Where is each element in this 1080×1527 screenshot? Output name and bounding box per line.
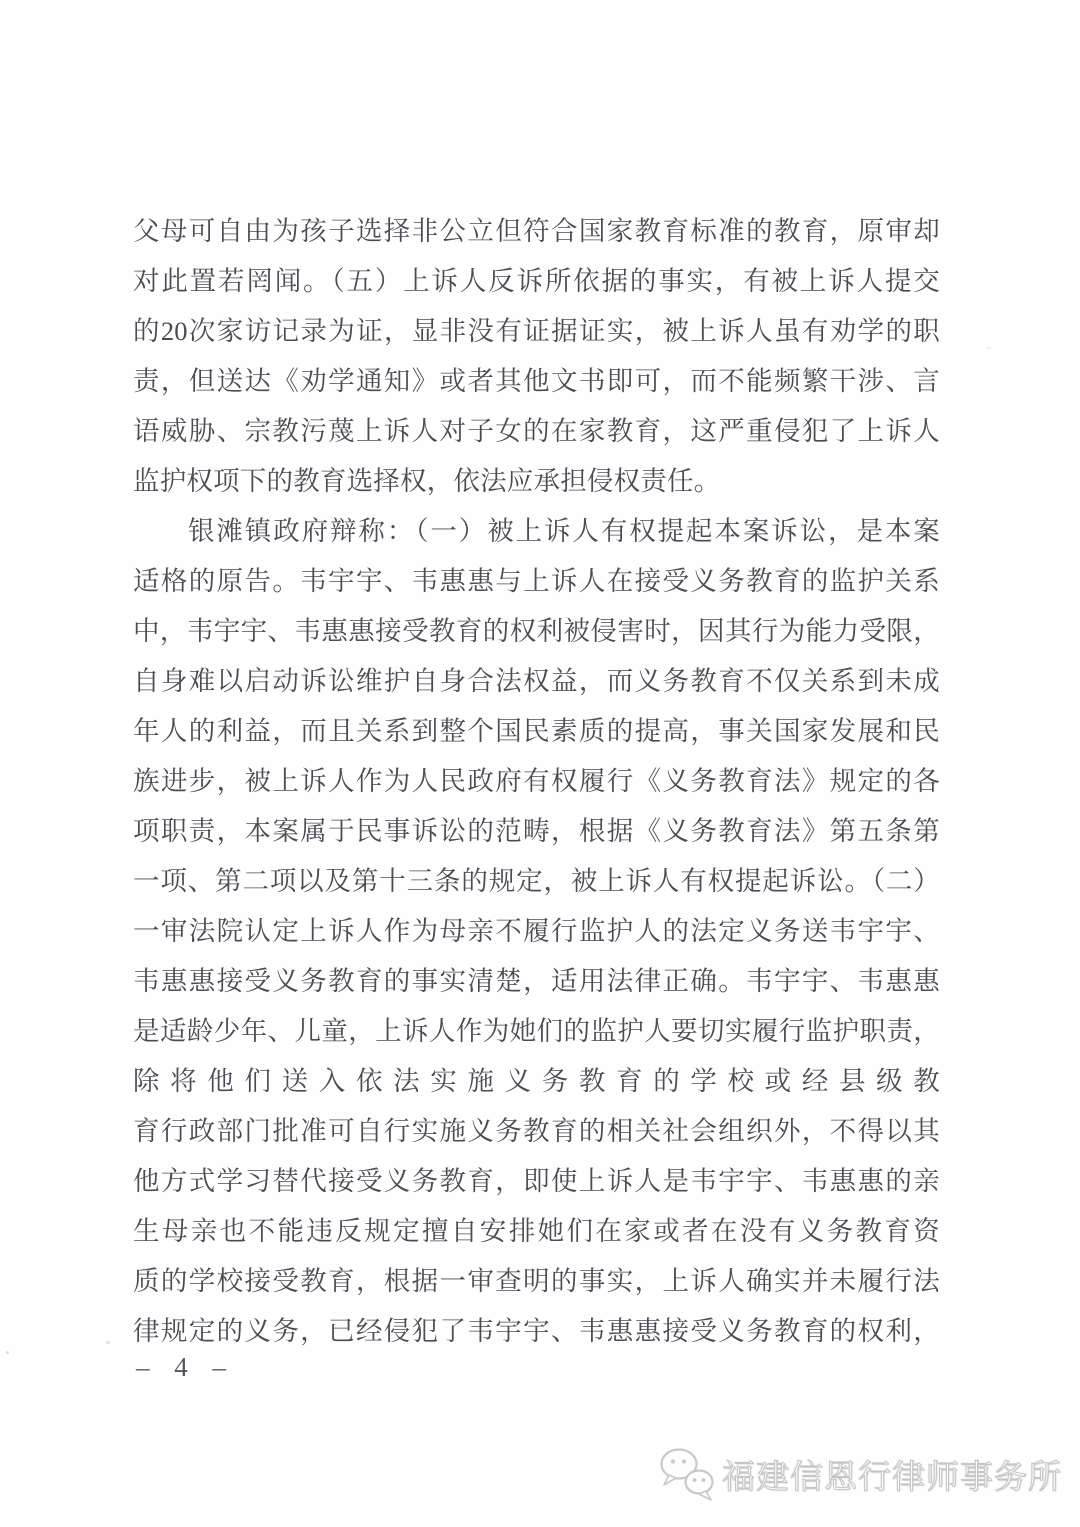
- document-page: 父母可自由为孩子选择非公立但符合国家教育标准的教育，原审却对此置若罔闻。（五）上…: [0, 0, 1080, 1527]
- scan-artifact: [6, 1351, 9, 1354]
- text-line: 银滩镇政府辩称：（一）被上诉人有权提起本案诉讼，是本案: [133, 506, 940, 556]
- text-line: 父母可自由为孩子选择非公立但符合国家教育标准的教育，原审却: [133, 206, 940, 256]
- page-number: – 4 –: [136, 1352, 235, 1383]
- text-line: 项职责，本案属于民事诉讼的范畴，根据《义务教育法》第五条第: [133, 806, 940, 856]
- text-line: 育行政部门批准可自行实施义务教育的相关社会组织外，不得以其: [133, 1106, 940, 1156]
- text-line: 质的学校接受教育，根据一审查明的事实，上诉人确实并未履行法: [133, 1256, 940, 1306]
- text-line: 族进步，被上诉人作为人民政府有权履行《义务教育法》规定的各: [133, 756, 940, 806]
- text-line: 自身难以启动诉讼维护自身合法权益，而义务教育不仅关系到未成: [133, 656, 940, 706]
- text-line: 监护权项下的教育选择权，依法应承担侵权责任。: [133, 456, 940, 506]
- text-line: 适格的原告。韦宇宇、韦惠惠与上诉人在接受义务教育的监护关系: [133, 556, 940, 606]
- text-line: 责，但送达《劝学通知》或者其他文书即可，而不能频繁干涉、言: [133, 356, 940, 406]
- text-line: 的20次家访记录为证，显非没有证据证实，被上诉人虽有劝学的职: [133, 306, 940, 356]
- law-firm-name: 福建信恩行律师事务所: [722, 1451, 1062, 1498]
- text-line: 律规定的义务，已经侵犯了韦宇宇、韦惠惠接受义务教育的权利，: [133, 1306, 940, 1356]
- scan-artifact: [106, 1341, 110, 1344]
- law-firm-watermark: 福建信恩行律师事务所: [656, 1444, 1062, 1504]
- scan-artifact: [986, 347, 991, 349]
- text-line: 他方式学习替代接受义务教育，即使上诉人是韦宇宇、韦惠惠的亲: [133, 1156, 940, 1206]
- text-line: 一项、第二项以及第十三条的规定，被上诉人有权提起诉讼。（二）: [133, 856, 940, 906]
- text-line: 除将他们送入依法实施义务教育的学校或经县级教: [133, 1056, 940, 1106]
- text-line: 韦惠惠接受义务教育的事实清楚，适用法律正确。韦宇宇、韦惠惠: [133, 956, 940, 1006]
- text-line: 中，韦宇宇、韦惠惠接受教育的权利被侵害时，因其行为能力受限，: [133, 606, 940, 656]
- text-line: 生母亲也不能违反规定擅自安排她们在家或者在没有义务教育资: [133, 1206, 940, 1256]
- text-line: 对此置若罔闻。（五）上诉人反诉所依据的事实，有被上诉人提交: [133, 256, 940, 306]
- wechat-icon: [656, 1444, 718, 1504]
- document-body: 父母可自由为孩子选择非公立但符合国家教育标准的教育，原审却对此置若罔闻。（五）上…: [133, 206, 940, 1356]
- text-line: 年人的利益，而且关系到整个国民素质的提高，事关国家发展和民: [133, 706, 940, 756]
- text-line: 语威胁、宗教污蔑上诉人对子女的在家教育，这严重侵犯了上诉人: [133, 406, 940, 456]
- text-line: 是适龄少年、儿童，上诉人作为她们的监护人要切实履行监护职责，: [133, 1006, 940, 1056]
- text-line: 一审法院认定上诉人作为母亲不履行监护人的法定义务送韦宇宇、: [133, 906, 940, 956]
